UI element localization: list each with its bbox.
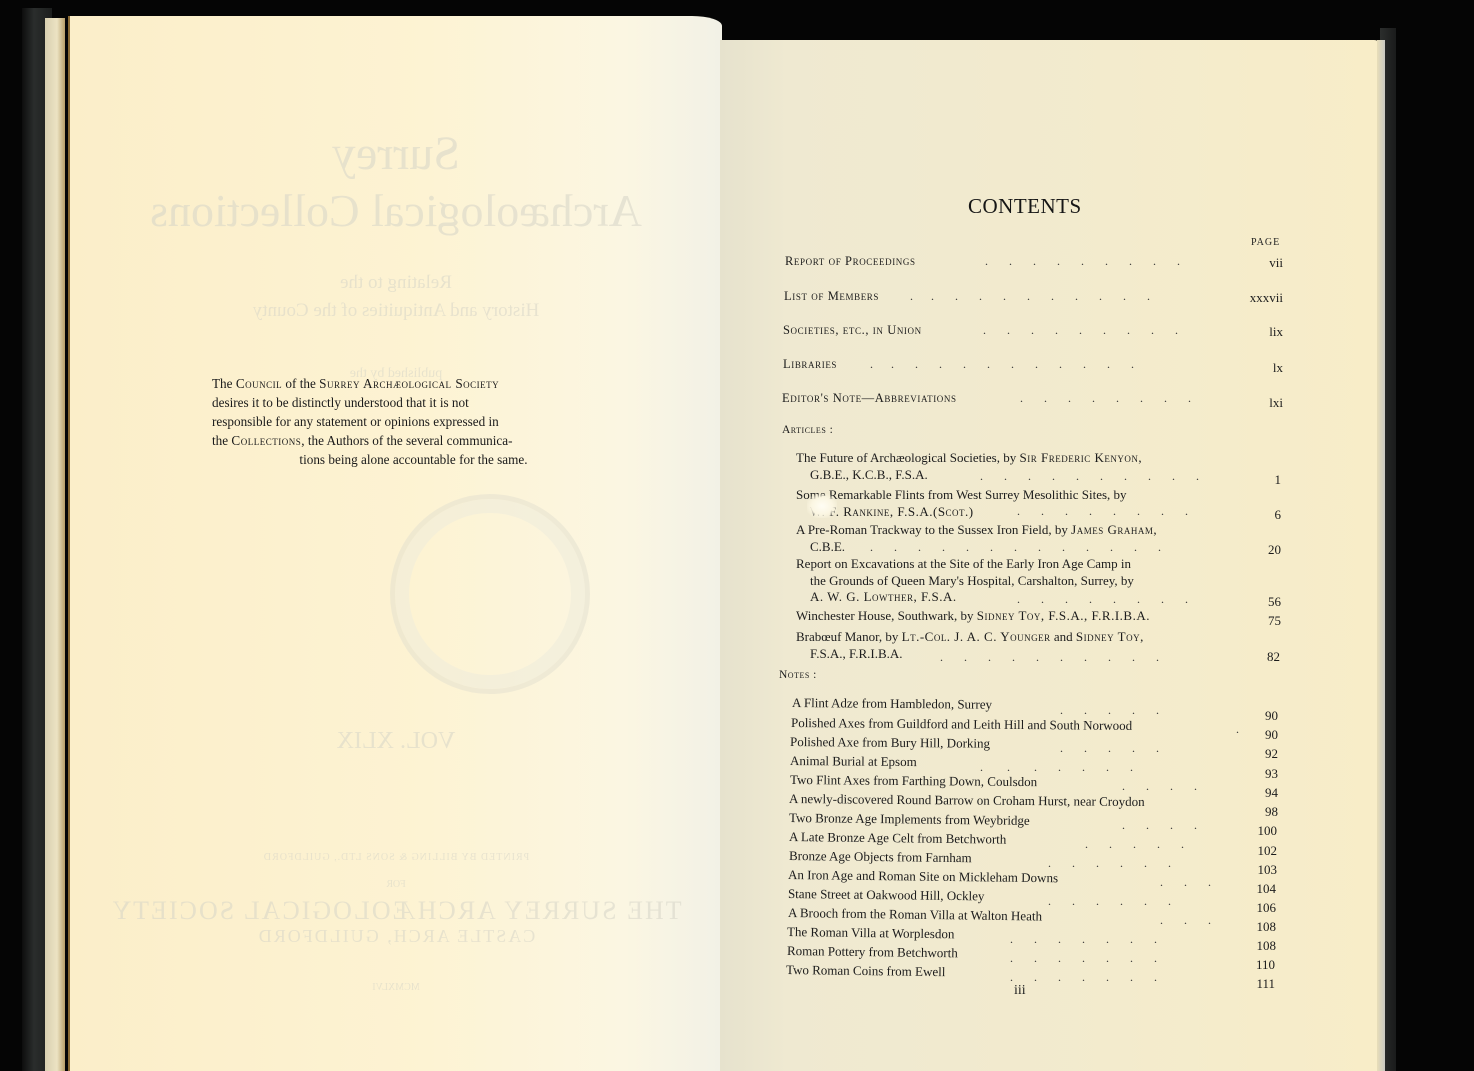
note-page-number: 90 bbox=[1218, 727, 1278, 743]
article-page-number: 75 bbox=[1221, 613, 1281, 629]
article-page-number: 6 bbox=[1221, 507, 1281, 523]
show-through-subtitle-line1: Relating to the bbox=[70, 272, 722, 294]
disclaimer-line-5: tions being alone accountable for the sa… bbox=[212, 450, 615, 469]
leader-dots: . . . . . . . bbox=[1010, 951, 1157, 966]
disclaimer-line-4: the Collections, the Authors of the seve… bbox=[212, 431, 615, 450]
note-page-number: 110 bbox=[1215, 957, 1275, 973]
disclaimer-line-1: The Council of the Surrey Archæological … bbox=[212, 374, 615, 393]
leader-dots: . . . . . . . . bbox=[1017, 592, 1188, 607]
council-term: Council bbox=[236, 376, 282, 391]
note-entry[interactable]: Animal Burial at Epsom bbox=[790, 753, 917, 770]
toc-entry[interactable]: Report of Proceedings bbox=[785, 254, 916, 269]
leader-dots: . . . . . . bbox=[1048, 856, 1171, 871]
show-through-year: MCMXLVI bbox=[70, 982, 722, 993]
show-through-title-line2: Archæological Collections bbox=[70, 184, 722, 237]
note-page-number: 108 bbox=[1216, 938, 1276, 954]
leader-dots: . . . . bbox=[1122, 818, 1197, 833]
toc-entry[interactable]: List of Members bbox=[784, 289, 879, 304]
notes-heading: Notes : bbox=[779, 669, 817, 681]
page-folio-number: iii bbox=[1014, 983, 1026, 999]
leader-dots: . . . . . . . bbox=[1010, 970, 1157, 985]
leader-dots: . . . bbox=[1160, 875, 1211, 890]
note-page-number: 94 bbox=[1218, 785, 1278, 801]
toc-entry[interactable]: Libraries bbox=[783, 357, 837, 372]
flyleaf-edge bbox=[45, 18, 65, 1071]
leader-dots: . . . . . . . . . . . . bbox=[870, 357, 1134, 372]
leader-dots: . . . . . . . bbox=[980, 760, 1133, 775]
paper-stain bbox=[807, 494, 837, 518]
disclaimer-line-2: desires it to be distinctly understood t… bbox=[212, 393, 615, 412]
leader-dots: . . . . . bbox=[1060, 741, 1159, 756]
leader-dots: . . . . . . . . . . bbox=[940, 650, 1159, 665]
note-page-number: 98 bbox=[1218, 804, 1278, 820]
leader-dots: . . . . . . . . . . . . . bbox=[870, 540, 1161, 555]
note-page-number: 106 bbox=[1216, 900, 1276, 916]
right-page-edge bbox=[1377, 40, 1385, 1071]
note-page-number: 92 bbox=[1218, 746, 1278, 762]
leader-dots: . . . . bbox=[1122, 779, 1197, 794]
toc-page-number: lxi bbox=[1223, 395, 1283, 411]
show-through-society: THE SURREY ARCHÆOLOGICAL SOCIETY bbox=[70, 896, 722, 926]
article-page-number: 82 bbox=[1220, 649, 1280, 665]
article-entry[interactable]: Winchester House, Southwark, by Sidney T… bbox=[796, 608, 1244, 625]
leader-dots: . . . . . bbox=[1060, 703, 1159, 718]
toc-page-number: vii bbox=[1223, 255, 1283, 271]
note-page-number: 93 bbox=[1218, 766, 1278, 782]
note-entry[interactable]: Polished Axe from Bury Hill, Dorking bbox=[790, 734, 990, 752]
note-page-number: 90 bbox=[1218, 708, 1278, 724]
leader-dots: . . . bbox=[1160, 913, 1211, 928]
note-entry[interactable]: Two Roman Coins from Ewell bbox=[786, 962, 946, 980]
leader-dots: . . . . . . . bbox=[1010, 932, 1157, 947]
note-entry[interactable]: An Iron Age and Roman Site on Mickleham … bbox=[788, 867, 1058, 886]
note-page-number: 103 bbox=[1217, 862, 1277, 878]
toc-page-number: xxxvii bbox=[1223, 290, 1283, 306]
collections-term: Collections bbox=[231, 433, 301, 448]
note-page-number: 111 bbox=[1215, 976, 1275, 992]
show-through-title-line1: Surrey bbox=[70, 126, 722, 181]
leader-dots: . . . . . bbox=[1085, 837, 1184, 852]
toc-page-number: lix bbox=[1223, 324, 1283, 340]
articles-heading: Articles : bbox=[782, 424, 833, 436]
note-page-number: 102 bbox=[1217, 843, 1277, 859]
note-page-number: 100 bbox=[1217, 823, 1277, 839]
note-entry[interactable]: Roman Pottery from Betchworth bbox=[787, 943, 958, 961]
leader-dots: . . . . . . . . . . . bbox=[910, 289, 1150, 304]
show-through-society-seal-icon bbox=[390, 494, 590, 694]
society-name: Surrey Archæological Society bbox=[319, 376, 499, 391]
note-entry[interactable]: Two Bronze Age Implements from Weybridge bbox=[789, 810, 1030, 829]
toc-entry[interactable]: Societies, etc., in Union bbox=[783, 323, 922, 338]
show-through-printer: PRINTED BY BILLING & SONS LTD., GUILDFOR… bbox=[70, 852, 722, 863]
note-entry[interactable]: A Late Bronze Age Celt from Betchworth bbox=[789, 829, 1007, 848]
leader-dots: . . . . . . . . . bbox=[985, 254, 1180, 269]
article-page-number: 1 bbox=[1221, 472, 1281, 488]
contents-title: CONTENTS bbox=[968, 194, 1082, 219]
council-disclaimer: The Council of the Surrey Archæological … bbox=[212, 374, 615, 469]
leader-dots: . . . . . . bbox=[1048, 894, 1171, 909]
page-column-header: PAGE bbox=[1251, 237, 1280, 248]
note-page-number: 104 bbox=[1216, 881, 1276, 897]
left-page: Surrey Archæological Collections Relatin… bbox=[68, 16, 722, 1071]
toc-entry[interactable]: Editor's Note—Abbreviations bbox=[782, 391, 957, 406]
leader-dots: . . . . . . . . . . bbox=[980, 469, 1199, 484]
show-through-for: FOR bbox=[70, 879, 722, 890]
leader-dots: . . . . . . . . bbox=[1017, 504, 1188, 519]
note-entry[interactable]: A Flint Adze from Hambledon, Surrey bbox=[792, 695, 992, 713]
note-entry[interactable]: Stane Street at Oakwood Hill, Ockley bbox=[788, 886, 985, 904]
show-through-address: CASTLE ARCH, GUILDFORD bbox=[70, 926, 722, 947]
show-through-volume: VOL. XLIX bbox=[70, 728, 722, 755]
note-entry[interactable]: The Roman Villa at Worplesdon bbox=[787, 924, 955, 942]
disclaimer-line-3: responsible for any statement or opinion… bbox=[212, 412, 615, 431]
leader-dots: . . . . . . . . . bbox=[983, 323, 1178, 338]
toc-page-number: lx bbox=[1223, 360, 1283, 376]
note-entry[interactable]: A newly-discovered Round Barrow on Croha… bbox=[789, 791, 1145, 810]
note-page-number: 108 bbox=[1216, 919, 1276, 935]
show-through-subtitle-line2: History and Antiquities of the County bbox=[70, 300, 722, 322]
note-entry[interactable]: Bronze Age Objects from Farnham bbox=[789, 848, 972, 866]
leader-dots: . . . . . . . . bbox=[1020, 391, 1191, 406]
